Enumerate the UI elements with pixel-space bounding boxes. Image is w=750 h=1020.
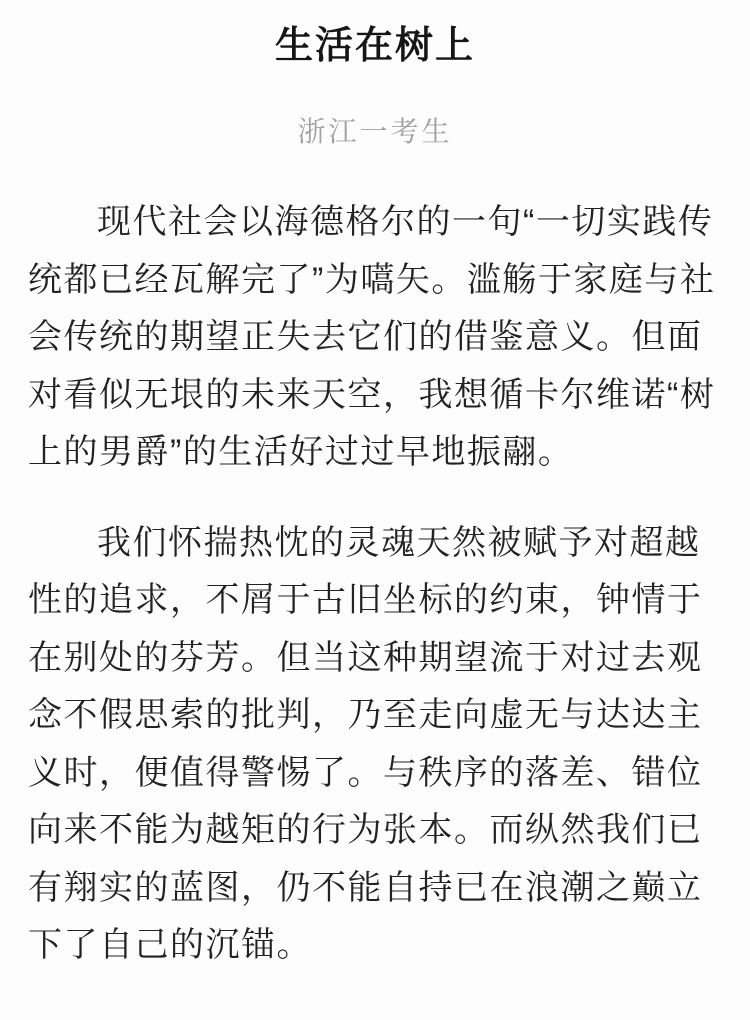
text-line: 下了自己的沉锚。: [28, 917, 722, 975]
text-line: 性的追求，不屑于古旧坐标的约束，钟情于: [28, 572, 722, 630]
text-line: 在别处的芬芳。但当这种期望流于对过去观: [28, 630, 722, 688]
text-line: 会传统的期望正失去它们的借鉴意义。但面: [28, 309, 722, 367]
essay-page: 生活在树上 浙江一考生 现代社会以海德格尔的一句“一切实践传 统都已经瓦解完了”…: [0, 0, 750, 1020]
text-line: 向来不能为越矩的行为张本。而纵然我们已: [28, 802, 722, 860]
paragraph-2: 我们怀揣热忱的灵魂天然被赋予对超越 性的追求，不屑于古旧坐标的约束，钟情于 在别…: [28, 515, 722, 975]
text-line: 有翔实的蓝图，仍不能自持已在浪潮之巅立: [28, 860, 722, 918]
text-line: 我们怀揣热忱的灵魂天然被赋予对超越: [28, 515, 722, 573]
text-line: 现代社会以海德格尔的一句“一切实践传: [28, 194, 722, 252]
text-line: 统都已经瓦解完了”为嚆矢。滥觞于家庭与社: [28, 252, 722, 310]
text-line: 念不假思索的批判，乃至走向虚无与达达主: [28, 687, 722, 745]
text-line: 对看似无垠的未来天空，我想循卡尔维诺“树: [28, 367, 722, 425]
text-line: 上的男爵”的生活好过过早地振翮。: [28, 424, 722, 482]
text-line: 义时，便值得警惕了。与秩序的落差、错位: [28, 745, 722, 803]
paragraph-1: 现代社会以海德格尔的一句“一切实践传 统都已经瓦解完了”为嚆矢。滥觞于家庭与社 …: [28, 194, 722, 482]
essay-byline: 浙江一考生: [28, 117, 722, 147]
essay-title: 生活在树上: [28, 0, 722, 70]
